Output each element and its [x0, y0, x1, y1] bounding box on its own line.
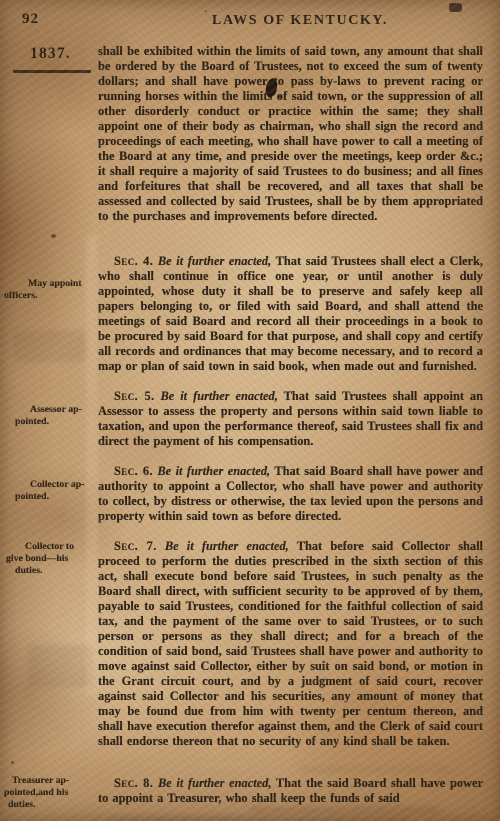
margin-note-line: May appoint: [4, 278, 96, 290]
showthrough-smudge: [250, 806, 440, 814]
margin-note-may-appoint-officers: May appoint officers.: [4, 278, 96, 302]
section-label: Sec. 6.: [114, 464, 153, 478]
margin-note-line: pointed,and his: [4, 787, 96, 799]
margin-note-collector-appointed: Collector ap- pointed.: [4, 479, 96, 503]
paragraph-text: shall be exhibited within the limits of …: [98, 44, 483, 223]
enacting-clause: Be it further enacted,: [157, 464, 270, 478]
running-title: LAWS OF KENTUCKY.: [150, 13, 450, 29]
paragraph-text: That said Trustees shall appoint an Asse…: [98, 389, 483, 448]
year-rule: [13, 70, 91, 73]
margin-note-line: give bond—his: [4, 553, 96, 565]
margin-note-line: Treasurer ap-: [4, 775, 96, 787]
paragraph-text: That said Board shall have power and aut…: [98, 464, 483, 523]
paragraph-sec-8: Sec. 8. Be it further enacted, That the …: [98, 776, 483, 806]
enacting-clause: Be it further enacted,: [158, 776, 272, 790]
section-label: Sec. 8.: [114, 776, 153, 790]
paragraph-sec-4: Sec. 4. Be it further enacted, That said…: [98, 254, 483, 374]
enacting-clause: Be it further enacted,: [165, 539, 289, 553]
section-label: Sec. 7.: [114, 539, 157, 553]
enacting-clause: Be it further enacted,: [158, 254, 271, 268]
ink-speck: [277, 95, 281, 98]
section-label: Sec. 5.: [114, 389, 155, 403]
enacting-clause: Be it further enacted,: [161, 389, 278, 403]
year-sidenote: 1837.: [30, 45, 71, 63]
paragraph-continuation: shall be exhibited within the limits of …: [98, 44, 483, 224]
ink-speck: [11, 761, 14, 764]
showthrough-band: [86, 235, 98, 695]
margin-note-line: pointed.: [4, 416, 96, 428]
margin-note-treasurer-appointed: Treasurer ap- pointed,and his duties.: [4, 775, 96, 811]
margin-note-collector-bond-duties: Collector to give bond—his duties.: [4, 541, 96, 577]
showthrough-smudge: [110, 817, 410, 821]
margin-note-line: officers.: [4, 290, 96, 302]
book-page: 92 LAWS OF KENTUCKY. 1837. May appoint o…: [0, 0, 500, 821]
paragraph-text: That the said Board shall have power to …: [98, 776, 483, 805]
margin-note-assessor-appointed: Assessor ap- pointed.: [4, 404, 96, 428]
paragraph-sec-7: Sec. 7. Be it further enacted, That befo…: [98, 539, 483, 749]
showthrough-smudge: [14, 330, 86, 362]
ink-mark-top-right: [449, 3, 462, 12]
ink-speck: [205, 10, 207, 12]
paragraph-text: That before said Collector shall proceed…: [98, 539, 483, 748]
page-number: 92: [22, 11, 39, 28]
margin-note-line: Collector ap-: [4, 479, 96, 491]
margin-note-line: pointed.: [4, 491, 96, 503]
showthrough-smudge: [300, 766, 450, 773]
paragraph-text: That said Trustees shall elect a Clerk, …: [98, 254, 483, 373]
showthrough-smudge: [28, 645, 94, 687]
margin-note-line: duties.: [4, 799, 96, 811]
paragraph-sec-5: Sec. 5. Be it further enacted, That said…: [98, 389, 483, 449]
section-label: Sec. 4.: [114, 254, 153, 268]
ink-speck: [51, 234, 56, 238]
margin-note-line: Assessor ap-: [4, 404, 96, 416]
margin-note-line: Collector to: [4, 541, 96, 553]
margin-note-line: duties.: [4, 565, 96, 577]
paragraph-sec-6: Sec. 6. Be it further enacted, That said…: [98, 464, 483, 524]
